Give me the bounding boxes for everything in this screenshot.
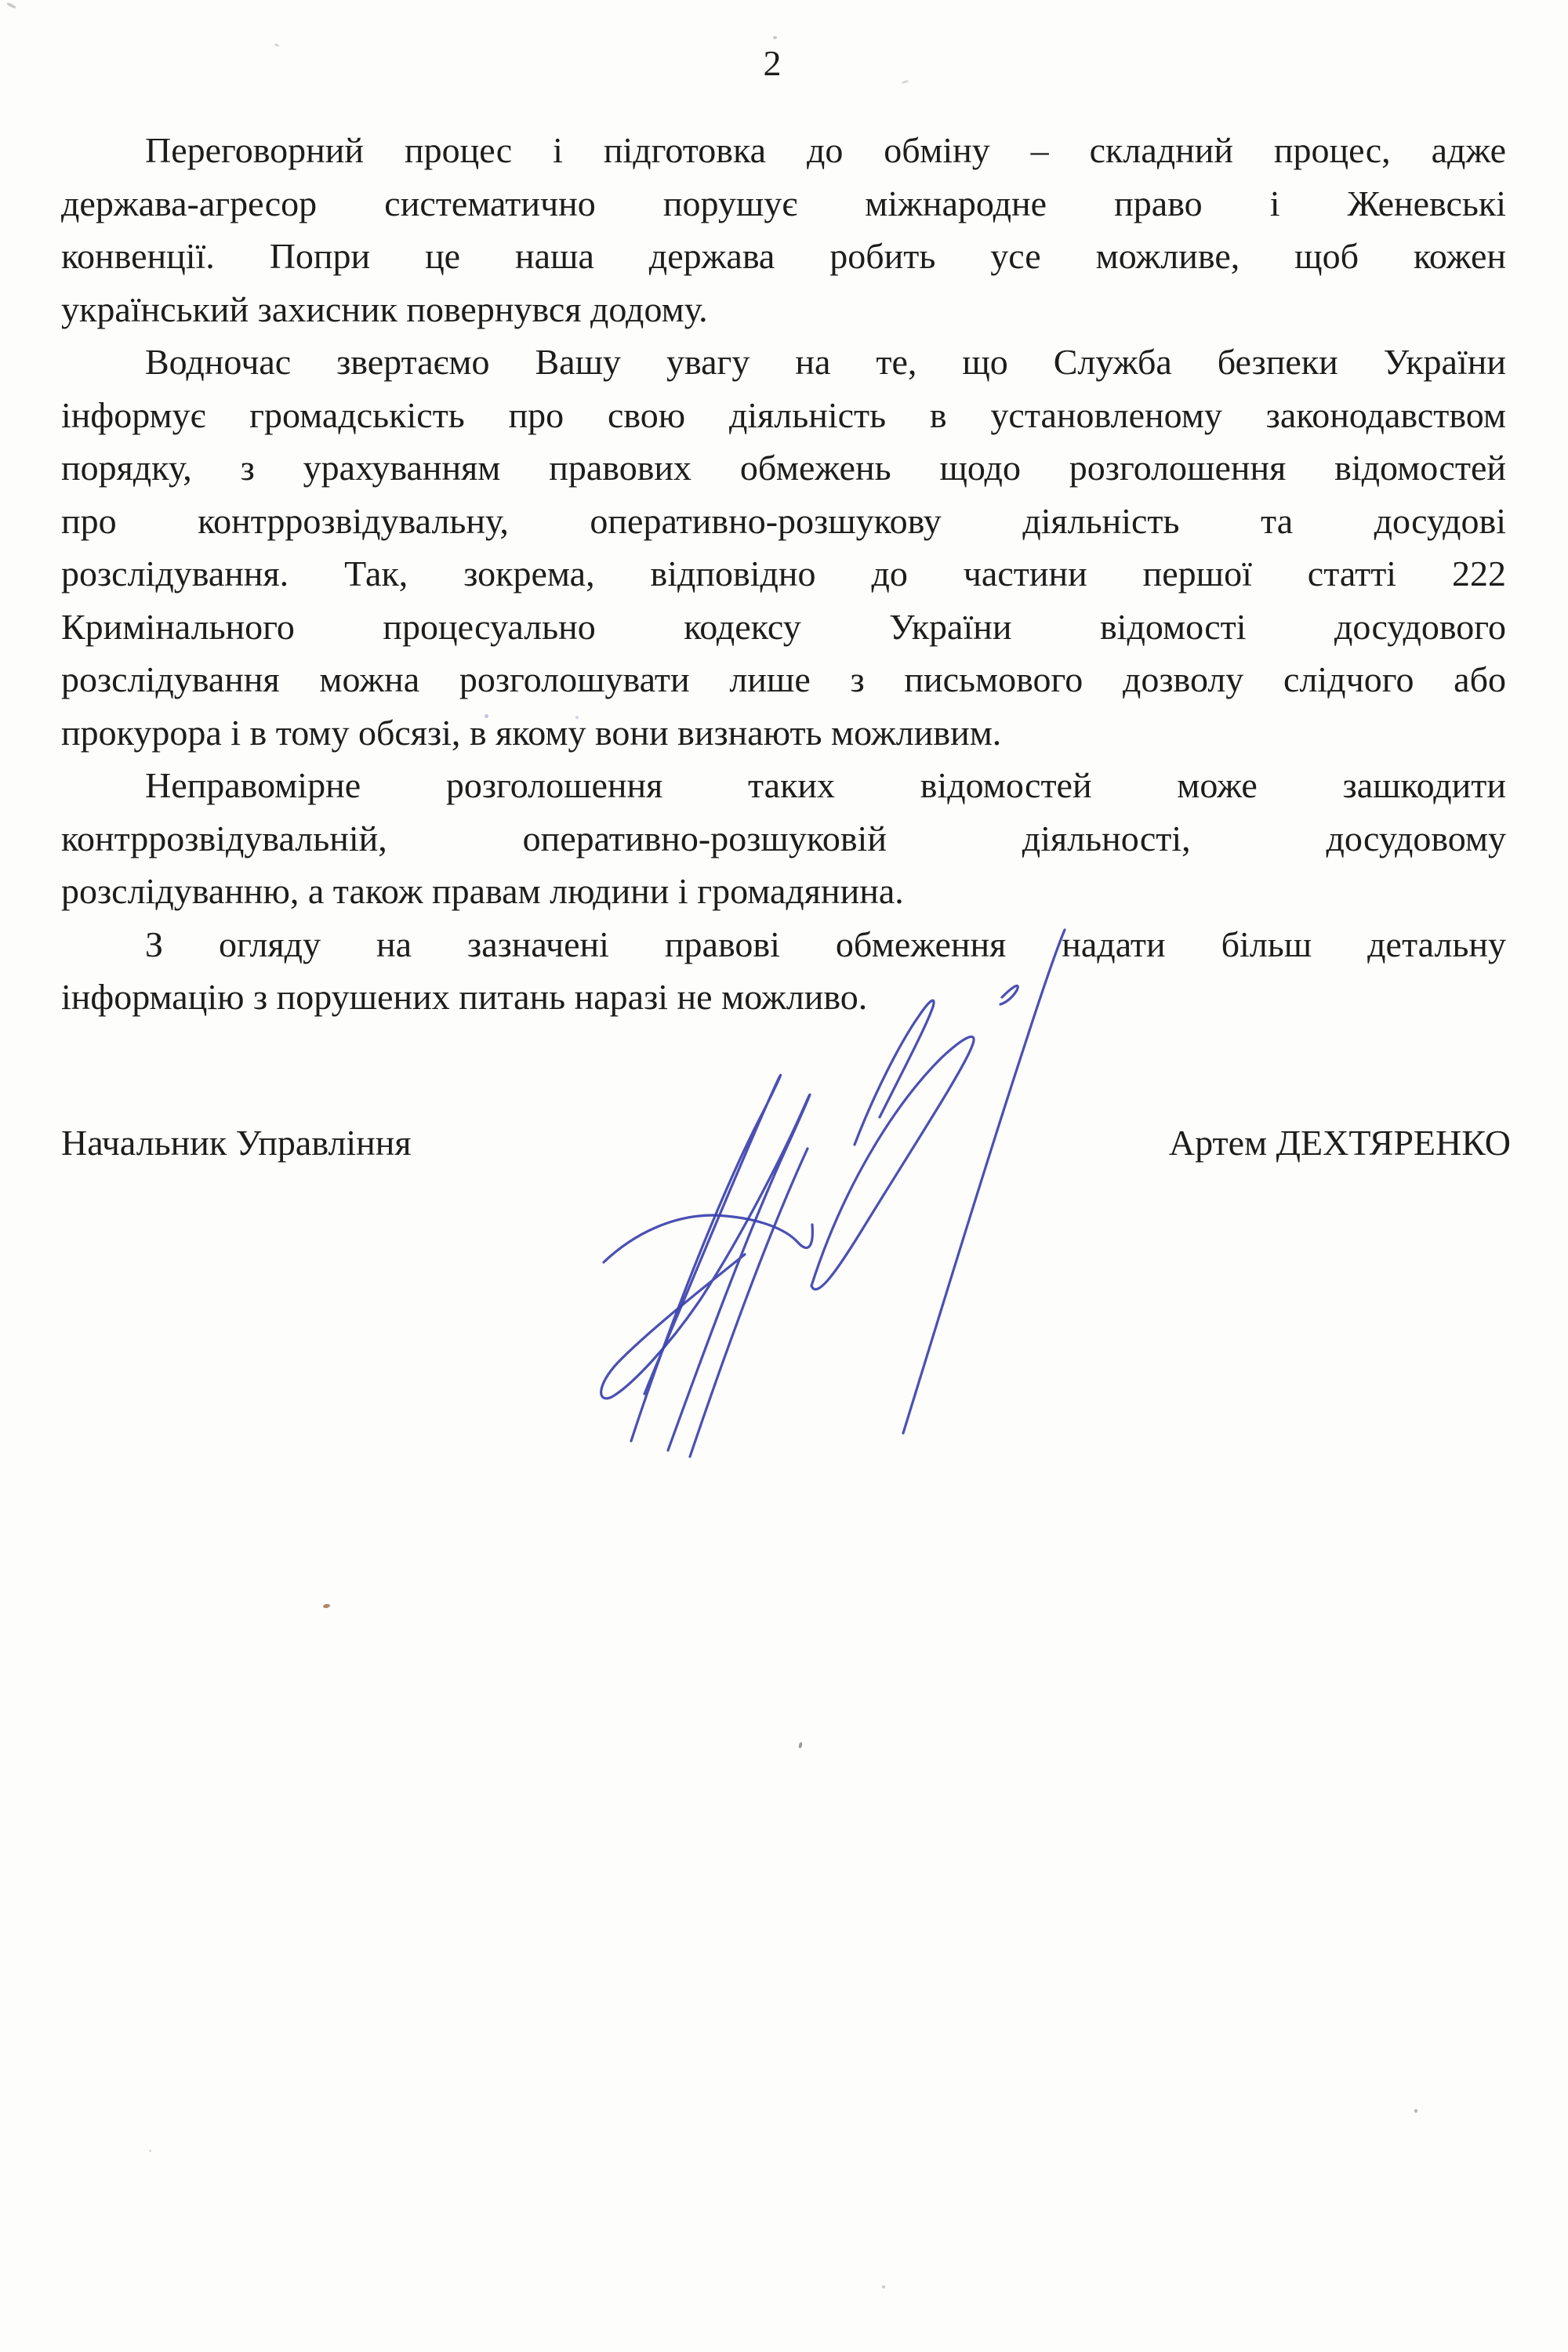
- scan-speck: [1414, 2109, 1417, 2113]
- scan-speck: [798, 1742, 803, 1749]
- scan-speck: [882, 2285, 885, 2288]
- text-line: прокурора і в тому обсязі, в якому вони …: [61, 706, 1506, 760]
- text-line: Водночас звертаємо Вашу увагу на те, що …: [61, 336, 1506, 389]
- text-line: розслідуванню, а також правам людини і г…: [61, 865, 1506, 918]
- scanned-letter-page: 2 Переговорний процес і підготовка до об…: [0, 0, 1568, 2352]
- text-line: про контррозвідувальну, оперативно-розшу…: [61, 495, 1506, 548]
- paragraph-negotiation: Переговорний процес і підготовка до обмі…: [61, 124, 1506, 336]
- page-number: 2: [0, 42, 1544, 84]
- text-line: порядку, з урахуванням правових обмежень…: [61, 441, 1506, 495]
- text-line: З огляду на зазначені правові обмеження …: [61, 918, 1506, 971]
- text-line: Переговорний процес і підготовка до обмі…: [61, 124, 1506, 177]
- text-line: розслідування можна розголошувати лише з…: [61, 653, 1506, 706]
- letter-body: Переговорний процес і підготовка до обмі…: [61, 124, 1506, 1024]
- signer-title: Начальник Управління: [61, 1121, 412, 1165]
- scan-speck: [149, 2150, 151, 2152]
- paragraph-legal-restrictions: Водночас звертаємо Вашу увагу на те, що …: [61, 336, 1506, 759]
- text-line: інформує громадськість про свою діяльніс…: [61, 389, 1506, 442]
- signer-name: Артем ДЕХТЯРЕНКО: [1169, 1121, 1511, 1165]
- signature-block: Начальник Управління Артем ДЕХТЯРЕНКО: [61, 1121, 1511, 1165]
- scan-speck: [575, 716, 579, 719]
- scan-speck: [485, 714, 488, 718]
- text-line: контррозвідувальній, оперативно-розшуков…: [61, 812, 1506, 866]
- paragraph-conclusion: З огляду на зазначені правові обмеження …: [61, 918, 1506, 1024]
- signature-stroke: [690, 1149, 808, 1457]
- signature-stroke: [604, 1215, 812, 1262]
- text-line: розслідування. Так, зокрема, відповідно …: [61, 547, 1506, 601]
- scan-speck: [6, 2, 16, 9]
- text-line: конвенції. Попри це наша держава робить …: [61, 230, 1506, 283]
- paragraph-unlawful-disclosure: Неправомірне розголошення таких відомост…: [61, 759, 1506, 918]
- text-line: Неправомірне розголошення таких відомост…: [61, 759, 1506, 812]
- scan-speck: [773, 36, 777, 39]
- text-line: держава-агресор систематично порушує між…: [61, 177, 1506, 230]
- scan-speck: [323, 1603, 331, 1609]
- text-line: Кримінального процесуально кодексу Украї…: [61, 601, 1506, 654]
- text-line: інформацію з порушених питань наразі не …: [61, 971, 1506, 1024]
- text-line: український захисник повернувся додому.: [61, 283, 1506, 336]
